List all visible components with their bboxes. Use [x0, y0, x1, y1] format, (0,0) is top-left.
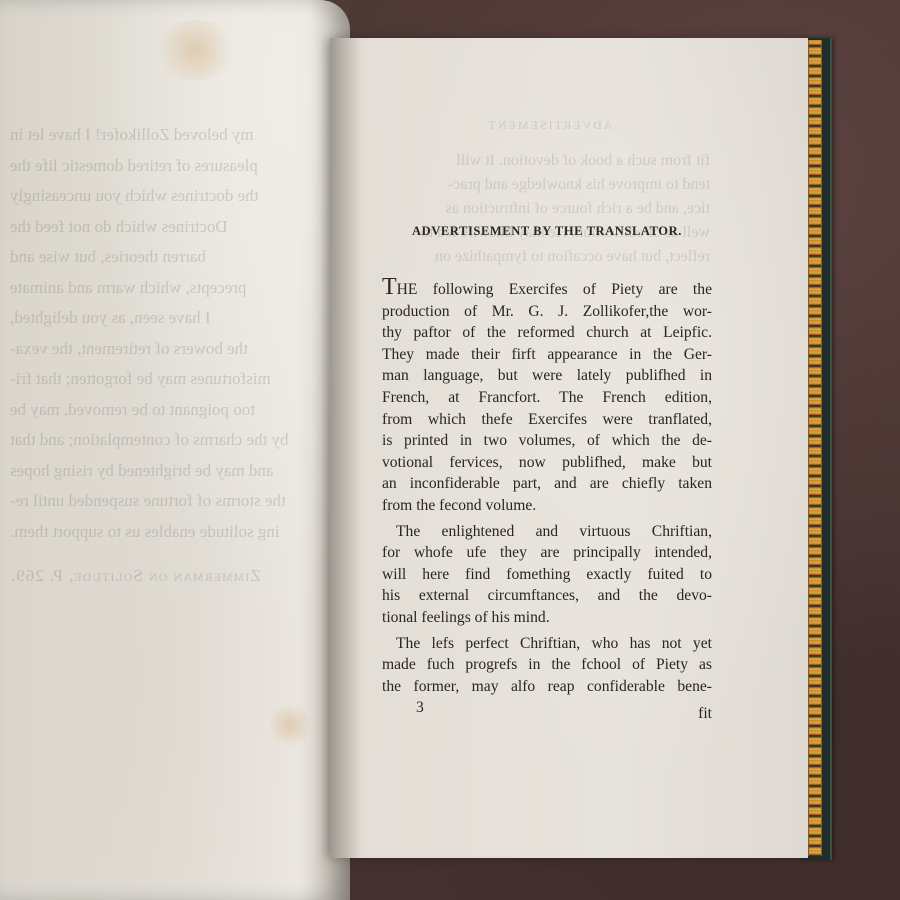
- text-line: for whofe ufe they are principally inten…: [382, 542, 712, 564]
- paragraph-2: The enlightened and virtuous Chriftian, …: [382, 521, 712, 629]
- bleed-line: by the charms of contemplation; and that: [10, 425, 330, 456]
- paragraph-1: THE following Exercifes of Piety are the…: [382, 275, 712, 517]
- text-line: an inconfiderable part, and are chiefly …: [382, 473, 712, 495]
- bleed-through-text: my beloved Zollikofer! I have let in ple…: [10, 120, 330, 592]
- text-line: thy paftor of the reformed church at Lei…: [382, 322, 712, 344]
- bleed-line: the storms of fortune suspended until re…: [10, 486, 330, 517]
- bleed-line: I have seen, as you delighted,: [10, 303, 330, 334]
- small-caps-word: HE: [397, 281, 418, 298]
- text-line: They made their firft appearance in the …: [382, 344, 712, 366]
- text-line: THE following Exercifes of Piety are the: [382, 275, 712, 301]
- gilt-tooled-border: [808, 40, 822, 856]
- bleed-line: precepts, which warm and animate: [10, 273, 330, 304]
- bleed-line: barren theories, but wise and: [10, 242, 330, 273]
- text-line: is printed in two volumes, of which the …: [382, 430, 712, 452]
- foxing-stain: [270, 700, 310, 750]
- text-line: French, at Francfort. The French edition…: [382, 387, 712, 409]
- text-line: votional fervices, now publifhed, make b…: [382, 452, 712, 474]
- gutter-shadow: [330, 38, 360, 858]
- catchword: fit: [698, 705, 712, 723]
- bleed-line: ing solitude enables us to support them.: [10, 517, 330, 548]
- bleed-line: the doctrines which you unceasingly: [10, 181, 330, 212]
- text-span: following Exercifes of Piety are the: [417, 281, 712, 298]
- page-text-block: ADVERTISEMENT BY THE TRANSLATOR. THE fol…: [382, 224, 712, 721]
- text-line: will here find fomething exactly fuited …: [382, 564, 712, 586]
- text-line: made fuch progrefs in the fchool of Piet…: [382, 654, 712, 676]
- text-line: the former, may alfo reap confiderable b…: [382, 676, 712, 698]
- text-line: from the fecond volume.: [382, 495, 712, 517]
- bleed-line: the bowers of retirement, the vexa-: [10, 334, 330, 365]
- bleed-line: tice, and be a rich fource of inftructio…: [385, 197, 710, 221]
- text-line: tional feelings of his mind.: [382, 607, 712, 629]
- text-line: his external circumftances, and the devo…: [382, 585, 712, 607]
- text-line: The lefs perfect Chriftian, who has not …: [382, 633, 712, 655]
- paragraph-3: The lefs perfect Chriftian, who has not …: [382, 633, 712, 698]
- bleed-running-head: ADVERTISEMENT.: [385, 113, 710, 137]
- drop-cap: T: [382, 274, 397, 300]
- text-line: production of Mr. G. J. Zollikofer,the w…: [382, 301, 712, 323]
- bleed-line: my beloved Zollikofer! I have let in: [10, 120, 330, 151]
- page-footer: 3 fit: [382, 699, 712, 721]
- text-line: man language, but were lately publifhed …: [382, 365, 712, 387]
- page-heading: ADVERTISEMENT BY THE TRANSLATOR.: [382, 224, 712, 239]
- bleed-line: pleasures of retired domestic life the: [10, 151, 330, 182]
- signature-mark: 3: [416, 699, 424, 717]
- bleed-line: and may be brightened by rising hopes: [10, 456, 330, 487]
- text-line: from which thefe Exercifes were tranflat…: [382, 409, 712, 431]
- bleed-line: fit from such a book of devotion. It wil…: [385, 149, 710, 173]
- bleed-signature: Zimmerman on Solitude, P. 269.: [10, 561, 330, 592]
- foxing-stain: [150, 20, 240, 80]
- text-line: The enlightened and virtuous Chriftian,: [382, 521, 712, 543]
- left-page: my beloved Zollikofer! I have let in ple…: [0, 0, 350, 900]
- bleed-line: Doctrines which do not feed the: [10, 212, 330, 243]
- bleed-line: too poignant to be removed, may be: [10, 395, 330, 426]
- right-page: ADVERTISEMENT. fit from such a book of d…: [330, 38, 808, 858]
- bleed-line: misfortunes may be forgotten; that fri-: [10, 364, 330, 395]
- bleed-line: tend to improve his knowledge and prac-: [385, 173, 710, 197]
